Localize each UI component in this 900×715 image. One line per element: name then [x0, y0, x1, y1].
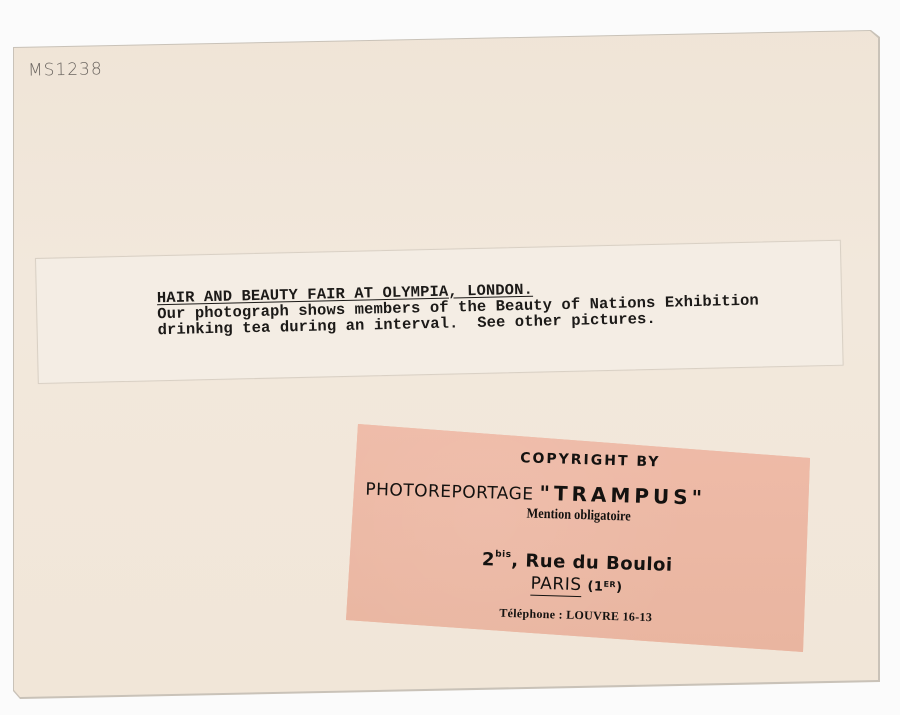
city-name: PARIS	[530, 574, 581, 596]
caption-text: HAIR AND BEAUTY FAIR AT OLYMPIA, LONDON.…	[157, 277, 760, 339]
telephone: Téléphone : LOUVRE 16-13	[344, 601, 808, 630]
address-number: 2	[482, 549, 496, 570]
address-street: , Rue du Bouloi	[511, 550, 673, 576]
address-suffix: bis	[495, 550, 512, 560]
copyright-heading: COPYRIGHT BY	[348, 445, 812, 475]
typed-caption-strip: HAIR AND BEAUTY FAIR AT OLYMPIA, LONDON.…	[35, 240, 844, 384]
agency-name: "TRAMPUS"	[539, 481, 706, 510]
arrondissement: (1ER)	[587, 579, 623, 595]
agency-prefix: PHOTOREPORTAGE	[365, 480, 534, 505]
copyright-label-text: COPYRIGHT BY PHOTOREPORTAGE "TRAMPUS" Me…	[343, 417, 814, 659]
scanned-photo-back: MS1238 HAIR AND BEAUTY FAIR AT OLYMPIA, …	[0, 0, 900, 715]
handwritten-reference: MS1238	[28, 59, 103, 80]
